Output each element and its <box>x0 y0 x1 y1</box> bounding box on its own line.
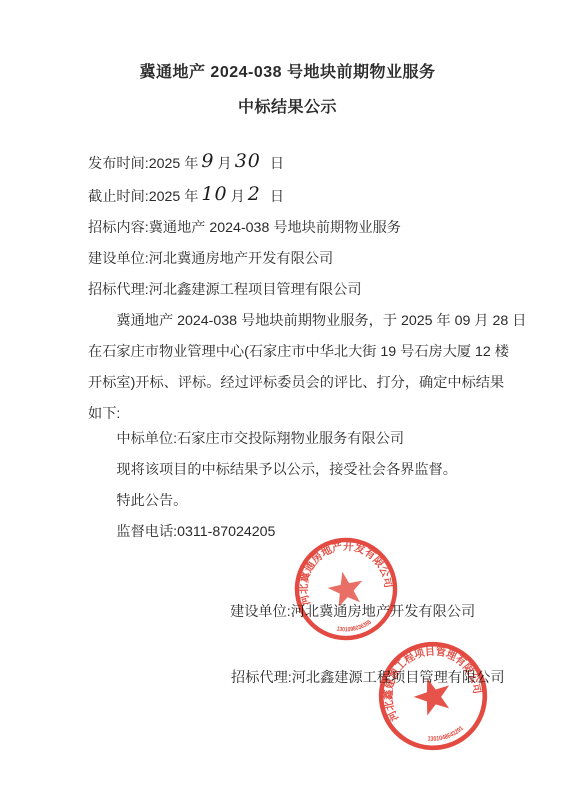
publish-day-handwritten: 30 <box>235 150 261 172</box>
builder-company-seal: 河北冀通房地产开发有限公司1301098036385 <box>283 526 409 652</box>
tender-content-line: 招标内容:冀通地产 2024-038 号地块前期物业服务 <box>88 213 487 244</box>
main-paragraph: 冀通地产 2024-038 号地块前期物业服务，于 2025 年 09 月 28… <box>88 306 487 430</box>
paragraph-line: 冀通地产 2024-038 号地块前期物业服务，于 2025 年 09 月 28… <box>88 306 487 337</box>
deadline-month-unit: 月 <box>231 189 245 205</box>
deadline-day-unit: 日 <box>270 189 284 205</box>
deadline-month-handwritten: 10 <box>201 183 227 205</box>
meta-block: 发布时间:2025 年9月30日 截止时间:2025 年10月2日 招标内容:冀… <box>88 147 487 306</box>
seal-star-icon <box>325 568 367 608</box>
deadline-day-handwritten: 2 <box>248 183 261 205</box>
deadline-date-line: 截止时间:2025 年10月2日 <box>88 180 487 213</box>
announcement-page: { "page": { "bg": "#ffffff", "ink": "#2a… <box>0 0 561 800</box>
publish-day-unit: 日 <box>270 156 284 172</box>
publish-month-handwritten: 9 <box>201 150 214 172</box>
notice-line: 特此公告。 <box>88 486 487 517</box>
paragraph-line: 开标室)开标、评标。经过评标委员会的评比、打分，确定中标结果 <box>88 368 487 399</box>
result-block: 中标单位:石家庄市交投际翔物业服务有限公司 现将该项目的中标结果予以公示，接受社… <box>88 424 487 548</box>
publish-month-unit: 月 <box>217 156 231 172</box>
svg-text:1301048643291: 1301048643291 <box>425 724 466 747</box>
paragraph-line: 在石家庄市物业管理中心(石家庄市中华北大街 19 号石房大厦 12 楼 <box>88 337 487 368</box>
publicity-line: 现将该项目的中标结果予以公示，接受社会各界监督。 <box>88 455 487 486</box>
tender-agent-line: 招标代理:河北鑫建源工程项目管理有限公司 <box>88 275 487 306</box>
document-title-line1: 冀通地产 2024-038 号地块前期物业服务 <box>88 62 487 84</box>
supervision-phone-line: 监督电话:0311-87024205 <box>88 517 487 548</box>
winner-line: 中标单位:石家庄市交投际翔物业服务有限公司 <box>88 424 487 455</box>
publish-date-line: 发布时间:2025 年9月30日 <box>88 147 487 180</box>
seal-star-icon <box>409 672 455 717</box>
deadline-date-prefix: 截止时间:2025 年 <box>88 189 198 205</box>
publish-date-prefix: 发布时间:2025 年 <box>88 156 198 172</box>
builder-unit-line: 建设单位:河北冀通房地产开发有限公司 <box>88 244 487 275</box>
document-title-line2: 中标结果公示 <box>88 97 487 119</box>
